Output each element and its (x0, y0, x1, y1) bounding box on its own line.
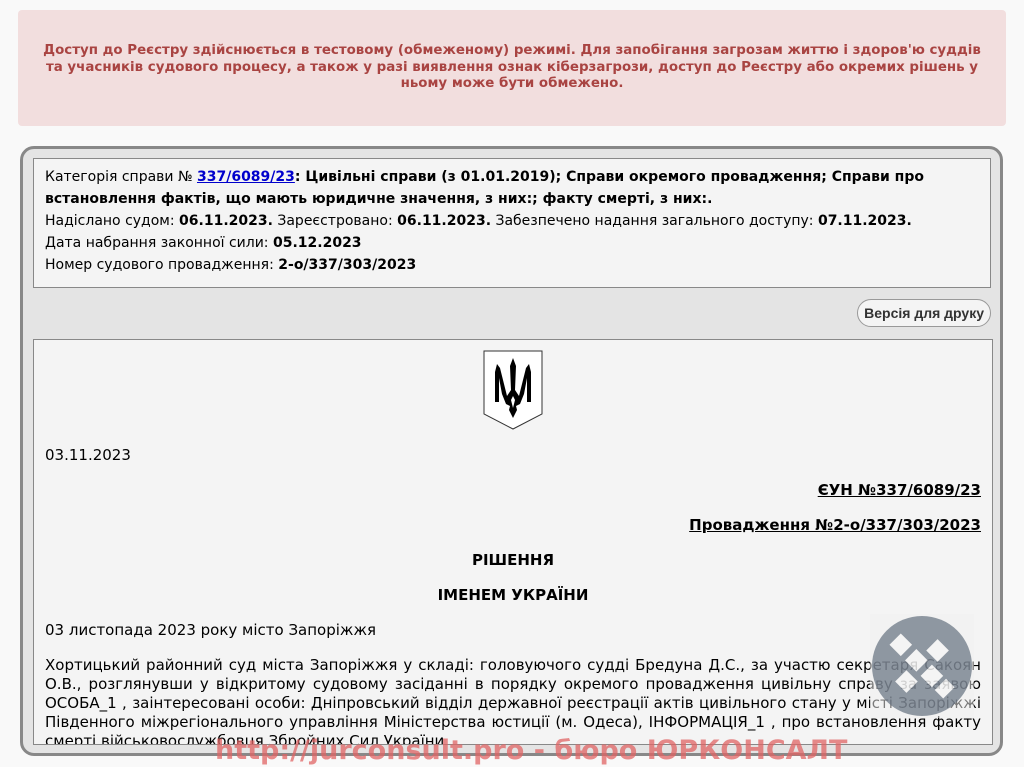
decision-subtitle: ІМЕНЕМ УКРАЇНИ (34, 586, 992, 605)
access-date: 07.11.2023. (818, 213, 912, 229)
ukraine-trident-icon (483, 350, 543, 430)
decision-title: РІШЕННЯ (34, 551, 992, 570)
registry-warning-alert: Доступ до Реєстру здійснюється в тестово… (18, 10, 1006, 126)
decision-panel: Категорія справи № 337/6089/23: Цивільні… (20, 146, 1003, 756)
effective-date-line: Дата набрання законної сили: 05.12.2023 (45, 232, 979, 254)
case-number-link[interactable]: 337/6089/23 (197, 169, 295, 185)
alert-text: Доступ до Реєстру здійснюється в тестово… (36, 43, 988, 93)
case-category-line: Категорія справи № 337/6089/23: Цивільні… (45, 166, 979, 210)
decision-document: 03.11.2023 ЄУН №337/6089/23 Провадження … (33, 339, 993, 745)
decision-paragraph: Хортицький районний суд міста Запоріжжя … (45, 656, 981, 745)
proceeding-number-line: Номер судового провадження: 2-о/337/303/… (45, 254, 979, 276)
case-info-box: Категорія справи № 337/6089/23: Цивільні… (33, 158, 991, 288)
document-date: 03.11.2023 (45, 446, 131, 465)
effective-date: 05.12.2023 (273, 235, 362, 251)
proceeding-heading: Провадження №2-о/337/303/2023 (689, 516, 981, 535)
registered-date: 06.11.2023. (397, 213, 491, 229)
eun-number: ЄУН №337/6089/23 (818, 481, 981, 500)
case-dates-line: Надіслано судом: 06.11.2023. Зареєстрова… (45, 210, 979, 232)
place-and-date: 03 листопада 2023 року місто Запоріжжя (45, 621, 376, 640)
print-version-button[interactable]: Версія для друку (857, 299, 991, 327)
sent-date: 06.11.2023. (179, 213, 273, 229)
proceeding-number: 2-о/337/303/2023 (278, 257, 416, 273)
